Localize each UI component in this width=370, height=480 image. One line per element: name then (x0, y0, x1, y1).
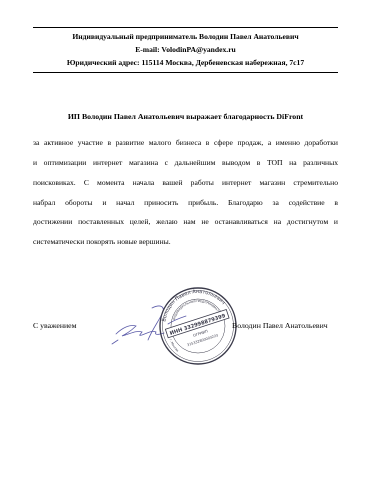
body-line: систематически покорять новые вершины. (33, 237, 338, 247)
closing-phrase: С уважением (33, 321, 77, 331)
header-email: E-mail: VolodinPA@yandex.ru (33, 45, 338, 55)
signer-name: Володин Павел Анатольевич (232, 321, 328, 331)
body-line: достижении поставленных целей, желаю нам… (33, 217, 338, 227)
letter-title: ИП Володин Павел Анатольевич выражает бл… (33, 112, 338, 122)
body-line: и оптимизации интернет магазина с дальне… (33, 158, 338, 168)
letter-page: Индивидуальный предприниматель Володин П… (0, 0, 370, 480)
header-top-rule (33, 27, 338, 28)
header-entrepreneur-name: Индивидуальный предприниматель Володин П… (33, 32, 338, 42)
body-line: за активное участие в развитие малого би… (33, 138, 338, 148)
header-legal-address: Юридический адрес: 115114 Москва, Дербен… (33, 58, 338, 68)
svg-text:г. Москва: г. Москва (169, 338, 180, 352)
body-line: набрал обороты и начал приносить прибыль… (33, 198, 338, 208)
body-line: поисковиках. С момента начала вашей рабо… (33, 178, 338, 188)
stamp-ogrnip: 315332800003223 (187, 333, 219, 347)
header-bottom-rule (33, 72, 338, 73)
company-seal-stamp: Володин Павел Анатольевич ИНДИВИДУАЛЬНЫЙ… (158, 286, 238, 366)
